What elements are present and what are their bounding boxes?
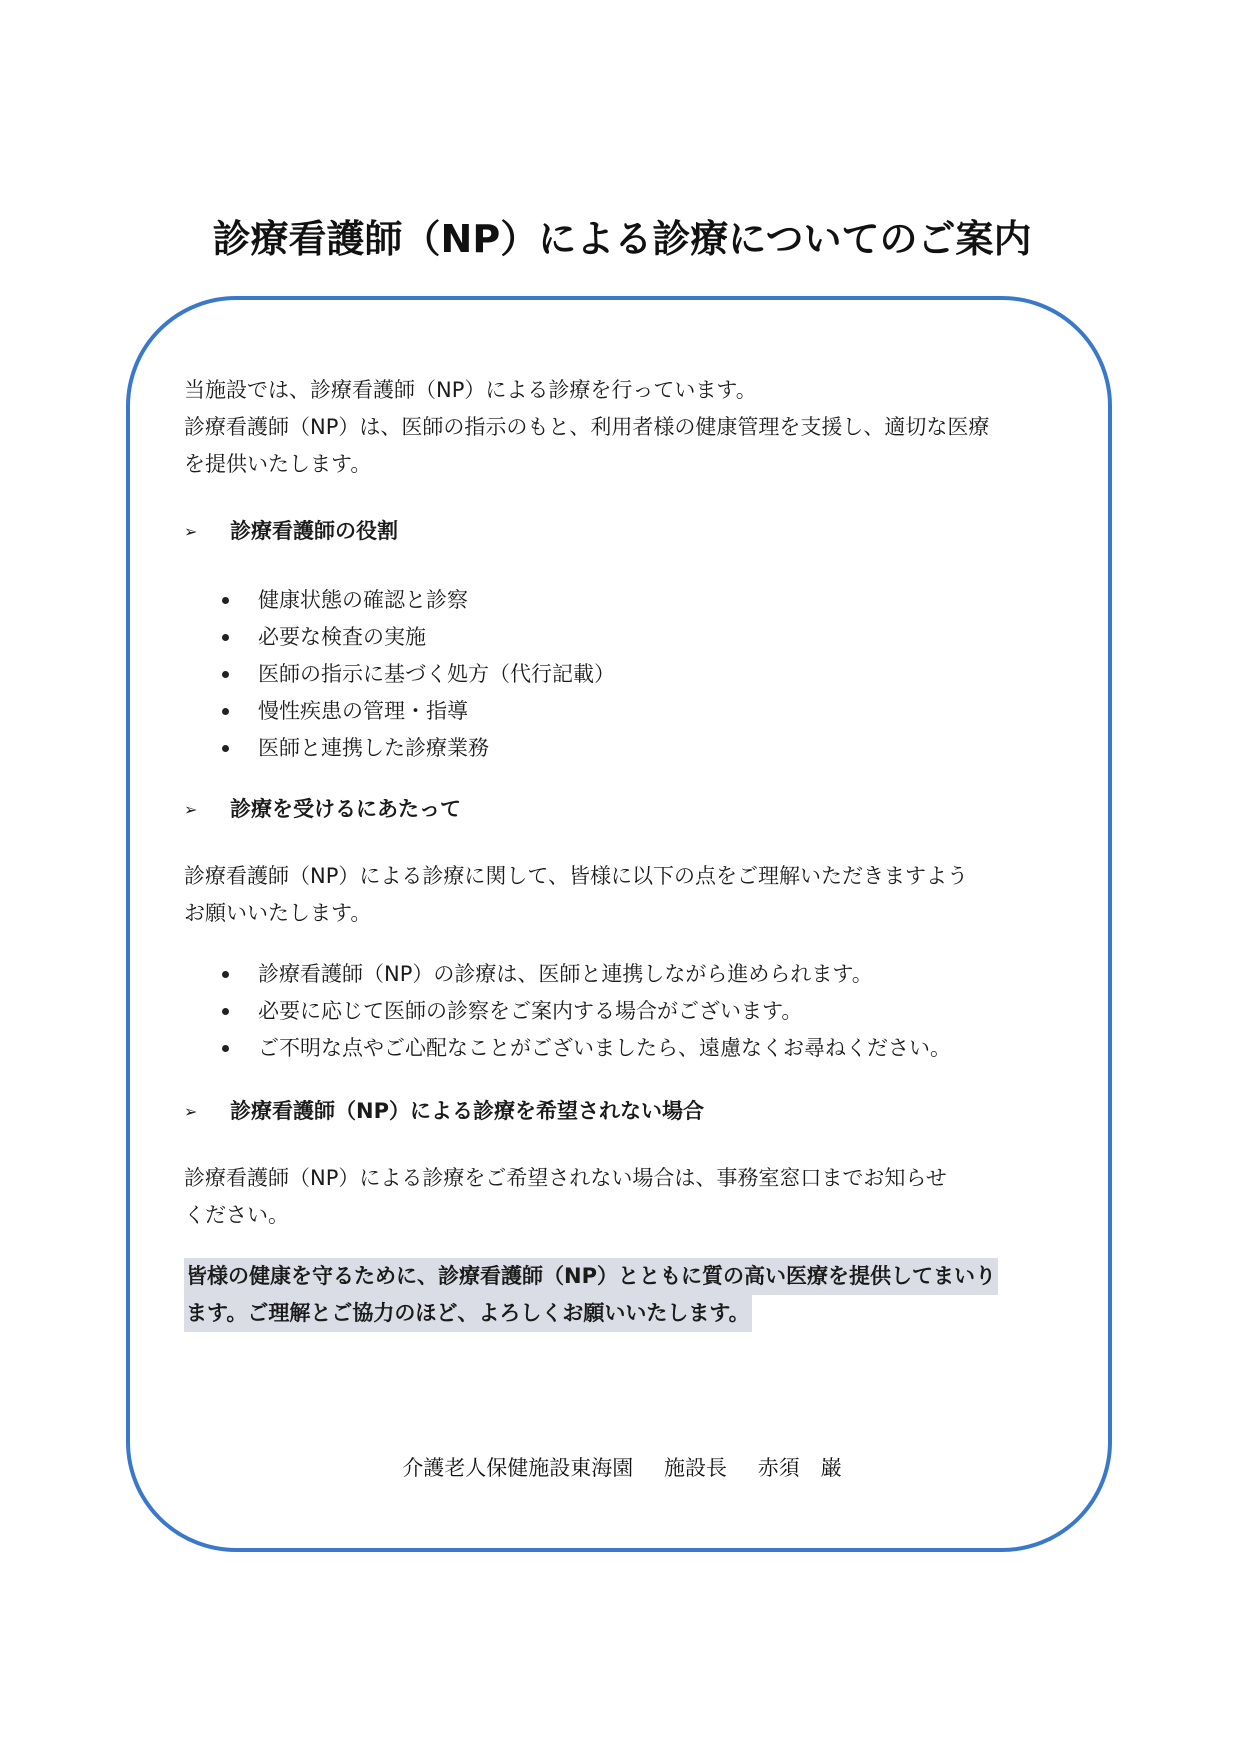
notice-body: 当施設では、診療看護師（NP）による診療を行っています。 診療看護師（NP）は、… [184, 372, 1084, 1332]
signer-name: 赤須 巌 [758, 1456, 842, 1480]
list-item: 健康状態の確認と診察 [184, 582, 1084, 619]
section-heading-receiving-care: ➢ 診療を受けるにあたって [184, 791, 1084, 828]
bullet-dot-icon [222, 634, 229, 641]
receiving-care-paragraph: 診療看護師（NP）による診療に関して、皆様に以下の点をご理解いただきますよう お… [184, 858, 1084, 932]
section-heading-role: ➢ 診療看護師の役割 [184, 513, 1084, 550]
bullet-dot-icon [222, 597, 229, 604]
highlighted-text: 皆様の健康を守るために、診療看護師（NP）とともに質の高い医療を提供してまいり [184, 1258, 998, 1295]
arrow-bullet-icon: ➢ [184, 791, 230, 828]
list-item: 慢性疾患の管理・指導 [184, 693, 1084, 730]
role-list: 健康状態の確認と診察 必要な検査の実施 医師の指示に基づく処方（代行記載） 慢性… [184, 582, 1084, 767]
arrow-bullet-icon: ➢ [184, 1093, 230, 1130]
intro-line: を提供いたします。 [184, 446, 1084, 483]
bullet-dot-icon [222, 745, 229, 752]
list-item: ご不明な点やご心配なことがございましたら、遠慮なくお尋ねください。 [184, 1030, 1084, 1067]
list-item: 必要な検査の実施 [184, 619, 1084, 656]
signer-role: 施設長 [664, 1456, 727, 1480]
list-item: 必要に応じて医師の診察をご案内する場合がございます。 [184, 993, 1084, 1030]
receiving-care-list: 診療看護師（NP）の診療は、医師と連携しながら進められます。 必要に応じて医師の… [184, 956, 1084, 1067]
opt-out-paragraph: 診療看護師（NP）による診療をご希望されない場合は、事務室窓口までお知らせ くだ… [184, 1160, 1084, 1234]
section-heading-label: 診療を受けるにあたって [230, 791, 461, 828]
section-heading-opt-out: ➢ 診療看護師（NP）による診療を希望されない場合 [184, 1093, 1084, 1130]
bullet-dot-icon [222, 671, 229, 678]
arrow-bullet-icon: ➢ [184, 513, 230, 550]
section-heading-label: 診療看護師の役割 [230, 513, 398, 550]
list-item: 医師と連携した診療業務 [184, 730, 1084, 767]
intro-paragraph: 当施設では、診療看護師（NP）による診療を行っています。 診療看護師（NP）は、… [184, 372, 1084, 483]
list-item: 医師の指示に基づく処方（代行記載） [184, 656, 1084, 693]
bullet-dot-icon [222, 971, 229, 978]
bullet-dot-icon [222, 1008, 229, 1015]
intro-line: 診療看護師（NP）は、医師の指示のもと、利用者様の健康管理を支援し、適切な医療 [184, 409, 1084, 446]
list-item: 診療看護師（NP）の診療は、医師と連携しながら進められます。 [184, 956, 1084, 993]
bullet-dot-icon [222, 1045, 229, 1052]
closing-message: 皆様の健康を守るために、診療看護師（NP）とともに質の高い医療を提供してまいり … [184, 1258, 1084, 1332]
intro-line: 当施設では、診療看護師（NP）による診療を行っています。 [184, 372, 1084, 409]
bullet-dot-icon [222, 708, 229, 715]
facility-name: 介護老人保健施設東海園 [402, 1456, 633, 1480]
section-heading-label: 診療看護師（NP）による診療を希望されない場合 [230, 1093, 704, 1130]
highlighted-text: ます。ご理解とご協力のほど、よろしくお願いいたします。 [184, 1295, 752, 1332]
page-title: 診療看護師（NP）による診療についてのご案内 [0, 208, 1244, 263]
signature: 介護老人保健施設東海園 施設長 赤須 巌 [0, 1452, 1244, 1482]
